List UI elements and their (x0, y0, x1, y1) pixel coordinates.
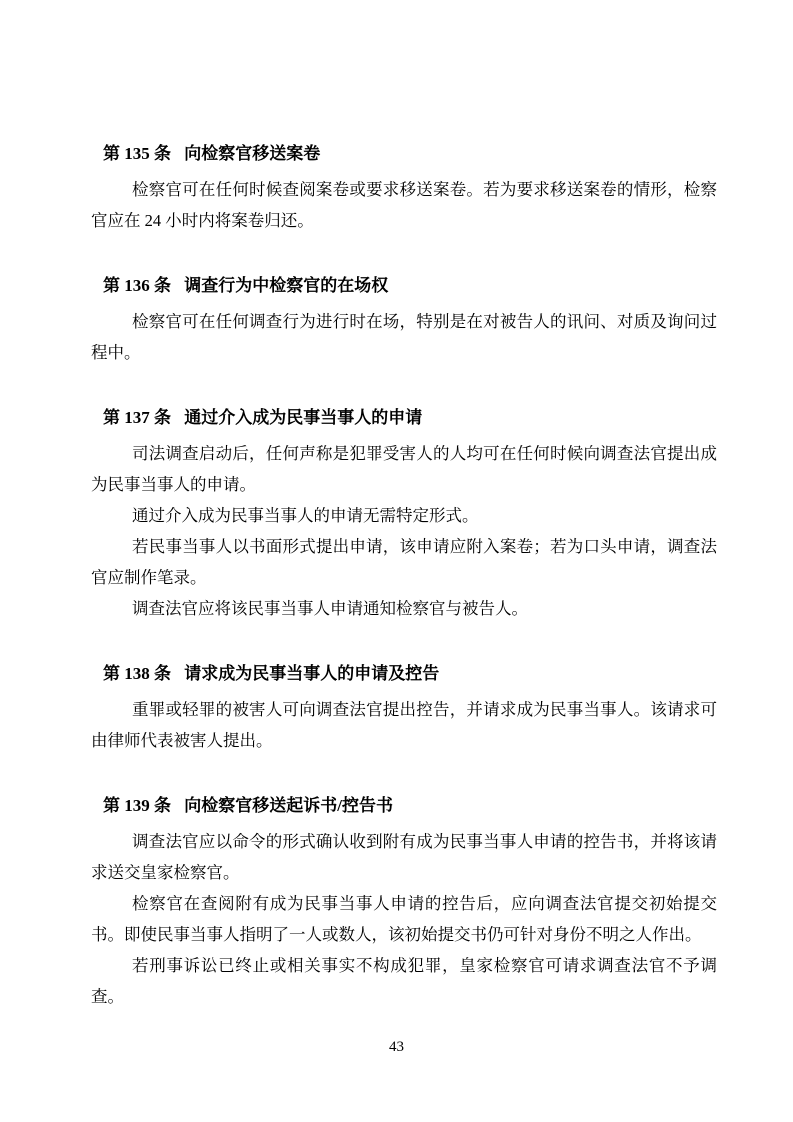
article-title: 调查行为中检察官的在场权 (184, 276, 388, 295)
article-title: 向检察官移送案卷 (184, 144, 320, 163)
article-paragraph: 调查法官应将该民事当事人申请通知检察官与被告人。 (91, 593, 717, 624)
article-heading: 第 137 条 通过介入成为民事当事人的申请 (103, 402, 717, 433)
article-paragraph: 若刑事诉讼已终止或相关事实不构成犯罪，皇家检察官可请求调查法官不予调查。 (91, 950, 717, 1012)
article-title: 向检察官移送起诉书/控告书 (184, 796, 393, 815)
article-135: 第 135 条 向检察官移送案卷 检察官可在任何时候查阅案卷或要求移送案卷。若为… (91, 138, 717, 236)
article-number: 第 139 条 (103, 796, 171, 815)
article-title: 通过介入成为民事当事人的申请 (184, 408, 422, 427)
article-heading: 第 135 条 向检察官移送案卷 (103, 138, 717, 169)
article-paragraph: 检察官可在任何调查行为进行时在场，特别是在对被告人的讯问、对质及询问过程中。 (91, 306, 717, 368)
article-number: 第 135 条 (103, 144, 171, 163)
article-heading: 第 139 条 向检察官移送起诉书/控告书 (103, 790, 717, 821)
article-137: 第 137 条 通过介入成为民事当事人的申请 司法调查启动后，任何声称是犯罪受害… (91, 402, 717, 624)
article-paragraph: 调查法官应以命令的形式确认收到附有成为民事当事人申请的控告书，并将该请求送交皇家… (91, 826, 717, 888)
article-paragraph: 检察官可在任何时候查阅案卷或要求移送案卷。若为要求移送案卷的情形，检察官应在 2… (91, 174, 717, 236)
article-139: 第 139 条 向检察官移送起诉书/控告书 调查法官应以命令的形式确认收到附有成… (91, 790, 717, 1012)
article-paragraph: 通过介入成为民事当事人的申请无需特定形式。 (91, 500, 717, 531)
document-page: 第 135 条 向检察官移送案卷 检察官可在任何时候查阅案卷或要求移送案卷。若为… (0, 0, 793, 1122)
article-heading: 第 138 条 请求成为民事当事人的申请及控告 (103, 658, 717, 689)
article-paragraph: 检察官在查阅附有成为民事当事人申请的控告后，应向调查法官提交初始提交书。即使民事… (91, 888, 717, 950)
article-paragraph: 司法调查启动后，任何声称是犯罪受害人的人均可在任何时候向调查法官提出成为民事当事… (91, 438, 717, 500)
article-138: 第 138 条 请求成为民事当事人的申请及控告 重罪或轻罪的被害人可向调查法官提… (91, 658, 717, 756)
article-number: 第 137 条 (103, 408, 171, 427)
article-paragraph: 重罪或轻罪的被害人可向调查法官提出控告，并请求成为民事当事人。该请求可由律师代表… (91, 694, 717, 756)
article-number: 第 136 条 (103, 276, 171, 295)
article-136: 第 136 条 调查行为中检察官的在场权 检察官可在任何调查行为进行时在场，特别… (91, 270, 717, 368)
page-number: 43 (0, 1038, 793, 1056)
article-title: 请求成为民事当事人的申请及控告 (184, 664, 439, 683)
article-heading: 第 136 条 调查行为中检察官的在场权 (103, 270, 717, 301)
article-number: 第 138 条 (103, 664, 171, 683)
article-paragraph: 若民事当事人以书面形式提出申请，该申请应附入案卷；若为口头申请，调查法官应制作笔… (91, 531, 717, 593)
document-content: 第 135 条 向检察官移送案卷 检察官可在任何时候查阅案卷或要求移送案卷。若为… (91, 138, 717, 1012)
